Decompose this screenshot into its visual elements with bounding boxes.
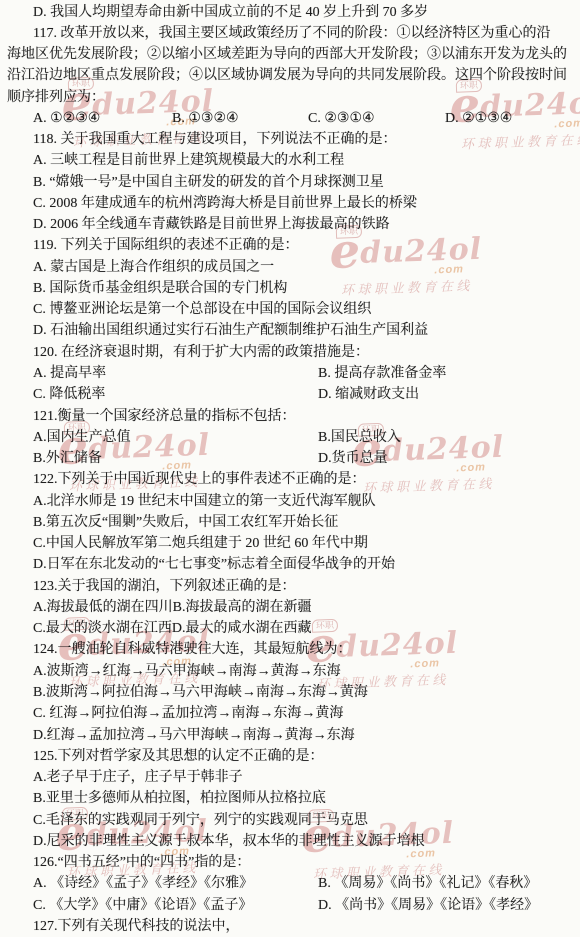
q118-option-d: D. 2006 年全线通车青藏铁路是目前世界上海拔最高的铁路 — [0, 214, 580, 235]
q118-option-a: A. 三峡工程是目前世界上建筑规模最大的水利工程 — [0, 150, 580, 171]
q124-stem: 124.一艘油轮自科威特港驶往大连，其最短航线为： — [0, 639, 580, 660]
q117-stem-line-4: 顺序排列应为： — [0, 87, 580, 108]
q125-option-d: D.尼采的非理性主义源于叔本华，叔本华的非理性主义源于培根 — [0, 831, 580, 852]
q124-option-b: B.波斯湾→阿拉伯海→马六甲海峡→南海→东海→黄海 — [0, 682, 580, 703]
q124-option-a: A.波斯湾→红海→马六甲海峡→南海→黄海→东海 — [0, 661, 580, 682]
exam-text: D. 我国人均期望寿命由新中国成立前的不足 40 岁上升到 70 多岁 117.… — [0, 0, 580, 937]
q121-option-b: B.国民总收入 — [318, 427, 401, 448]
q125-option-c: C.毛泽东的实践观同于列宁，列宁的实践观同于马克思 — [0, 810, 580, 831]
q123-stem: 123.关于我国的湖泊，下列叙述正确的是： — [0, 576, 580, 597]
q118-option-c: C. 2008 年建成通车的杭州湾跨海大桥是目前世界上最长的桥梁 — [0, 193, 580, 214]
q117-stem-line-2: 海地区优先发展阶段；②以缩小区域差距为导向的西部大开发阶段；③以浦东开发为龙头的 — [0, 44, 580, 65]
q126-options-ab: A. 《诗经》《孟子》《孝经》《尔雅》 B. 《周易》《尚书》《礼记》《春秋》 — [0, 873, 580, 894]
q123-options-cd: C.最大的淡水湖在江西D.最大的咸水湖在西藏 — [0, 618, 580, 639]
q119-option-d: D. 石油输出国组织通过实行石油生产配额制维护石油生产国利益 — [0, 320, 580, 341]
q119-stem: 119. 下列关于国际组织的表述不正确的是： — [0, 235, 580, 256]
q125-option-b: B.亚里士多德师从柏拉图，柏拉图师从拉格拉底 — [0, 788, 580, 809]
q117-stem-line-1: 117. 改革开放以来，我国主要区域政策经历了不同的阶段：①以经济特区为重心的沿 — [0, 23, 580, 44]
q120-option-a: A. 提高早率 — [33, 366, 106, 381]
q123-options-ab: A.海拔最低的湖在四川B.海拔最高的湖在新疆 — [0, 597, 580, 618]
q120-options-ab: A. 提高早率 B. 提高存款准备金率 — [0, 363, 580, 384]
q120-option-c: C. 降低税率 — [33, 387, 105, 402]
q124-option-c: C. 红海→阿拉伯海→孟加拉湾→南海→东海→黄海 — [0, 703, 580, 724]
q122-option-a: A.北洋水师是 19 世纪末中国建立的第一支近代海军舰队 — [0, 491, 580, 512]
q121-option-c: B.外汇储备 — [33, 451, 102, 466]
q118-option-b: B. “嫦娥一号”是中国自主研发的研发的首个月球探测卫星 — [0, 172, 580, 193]
q119-option-c: C. 博鳌亚洲论坛是第一个总部设在中国的国际会议组织 — [0, 299, 580, 320]
q118-stem: 118. 关于我国重大工程与建设项目，下列说法不正确的是： — [0, 129, 580, 150]
exam-document-page: 环职 e du24ol .com 环球职业教育在线 环职 e du24ol .c… — [0, 0, 580, 937]
q120-option-b: B. 提高存款准备金率 — [318, 363, 446, 384]
q126-option-b: B. 《周易》《尚书》《礼记》《春秋》 — [318, 873, 537, 894]
q117-options-row: A. ①②③④ B. ①③②④ C. ②③①④ D. ②①③④ — [0, 108, 580, 129]
q126-option-d: D. 《尚书》《周易》《论语》《孝经》 — [318, 895, 538, 916]
q121-options-cd: B.外汇储备 D.货币总量 — [0, 448, 580, 469]
q125-stem: 125.下列对哲学家及其思想的认定不正确的是： — [0, 746, 580, 767]
q121-stem: 121.衡量一个国家经济总量的指标不包括： — [0, 406, 580, 427]
q120-options-cd: C. 降低税率 D. 缩减财政支出 — [0, 384, 580, 405]
prev-question-option-d: D. 我国人均期望寿命由新中国成立前的不足 40 岁上升到 70 多岁 — [0, 2, 580, 23]
q124-option-d: D.红海→孟加拉湾→马六甲海峡→南海→黄海→东海 — [0, 725, 580, 746]
q121-option-d: D.货币总量 — [318, 448, 388, 469]
q122-option-b: B.第五次反“围剿”失败后，中国工农红军开始长征 — [0, 512, 580, 533]
q120-option-d: D. 缩减财政支出 — [318, 384, 419, 405]
q119-option-a: A. 蒙古国是上海合作组织的成员国之一 — [0, 257, 580, 278]
q120-stem: 120. 在经济衰退时期，有利于扩大内需的政策措施是： — [0, 342, 580, 363]
q119-option-b: B. 国际货币基金组织是联合国的专门机构 — [0, 278, 580, 299]
q126-option-c: C. 《大学》《中庸》《论语》《孟子》 — [33, 898, 252, 913]
q117-option-d: D. ②①③④ — [445, 108, 512, 129]
q121-options-ab: A.国内生产总值 B.国民总收入 — [0, 427, 580, 448]
q126-stem: 126.“四书五经”中的“四书”指的是： — [0, 852, 580, 873]
q121-option-a: A.国内生产总值 — [33, 430, 131, 445]
q117-option-b: B. ①③②④ — [172, 108, 239, 129]
q122-stem: 122.下列关于中国近现代史上的事件表述不正确的是： — [0, 469, 580, 490]
q125-option-a: A.老子早于庄子，庄子早于韩非子 — [0, 767, 580, 788]
q127-stem: 127.下列有关现代科技的说法中， — [0, 916, 580, 937]
q126-options-cd: C. 《大学》《中庸》《论语》《孟子》 D. 《尚书》《周易》《论语》《孝经》 — [0, 895, 580, 916]
q126-option-a: A. 《诗经》《孟子》《孝经》《尔雅》 — [33, 876, 253, 891]
q122-option-d: D.日军在东北发动的“七七事变”标志着全面侵华战争的开始 — [0, 554, 580, 575]
q117-stem-line-3: 沿江沿边地区重点发展阶段；④以区域协调发展为导向的共同发展阶段。这四个阶段按时间 — [0, 65, 580, 86]
q117-option-a: A. ①②③④ — [33, 108, 100, 129]
q122-option-c: C.中国人民解放军第二炮兵组建于 20 世纪 60 年代中期 — [0, 533, 580, 554]
q117-option-c: C. ②③①④ — [308, 108, 375, 129]
